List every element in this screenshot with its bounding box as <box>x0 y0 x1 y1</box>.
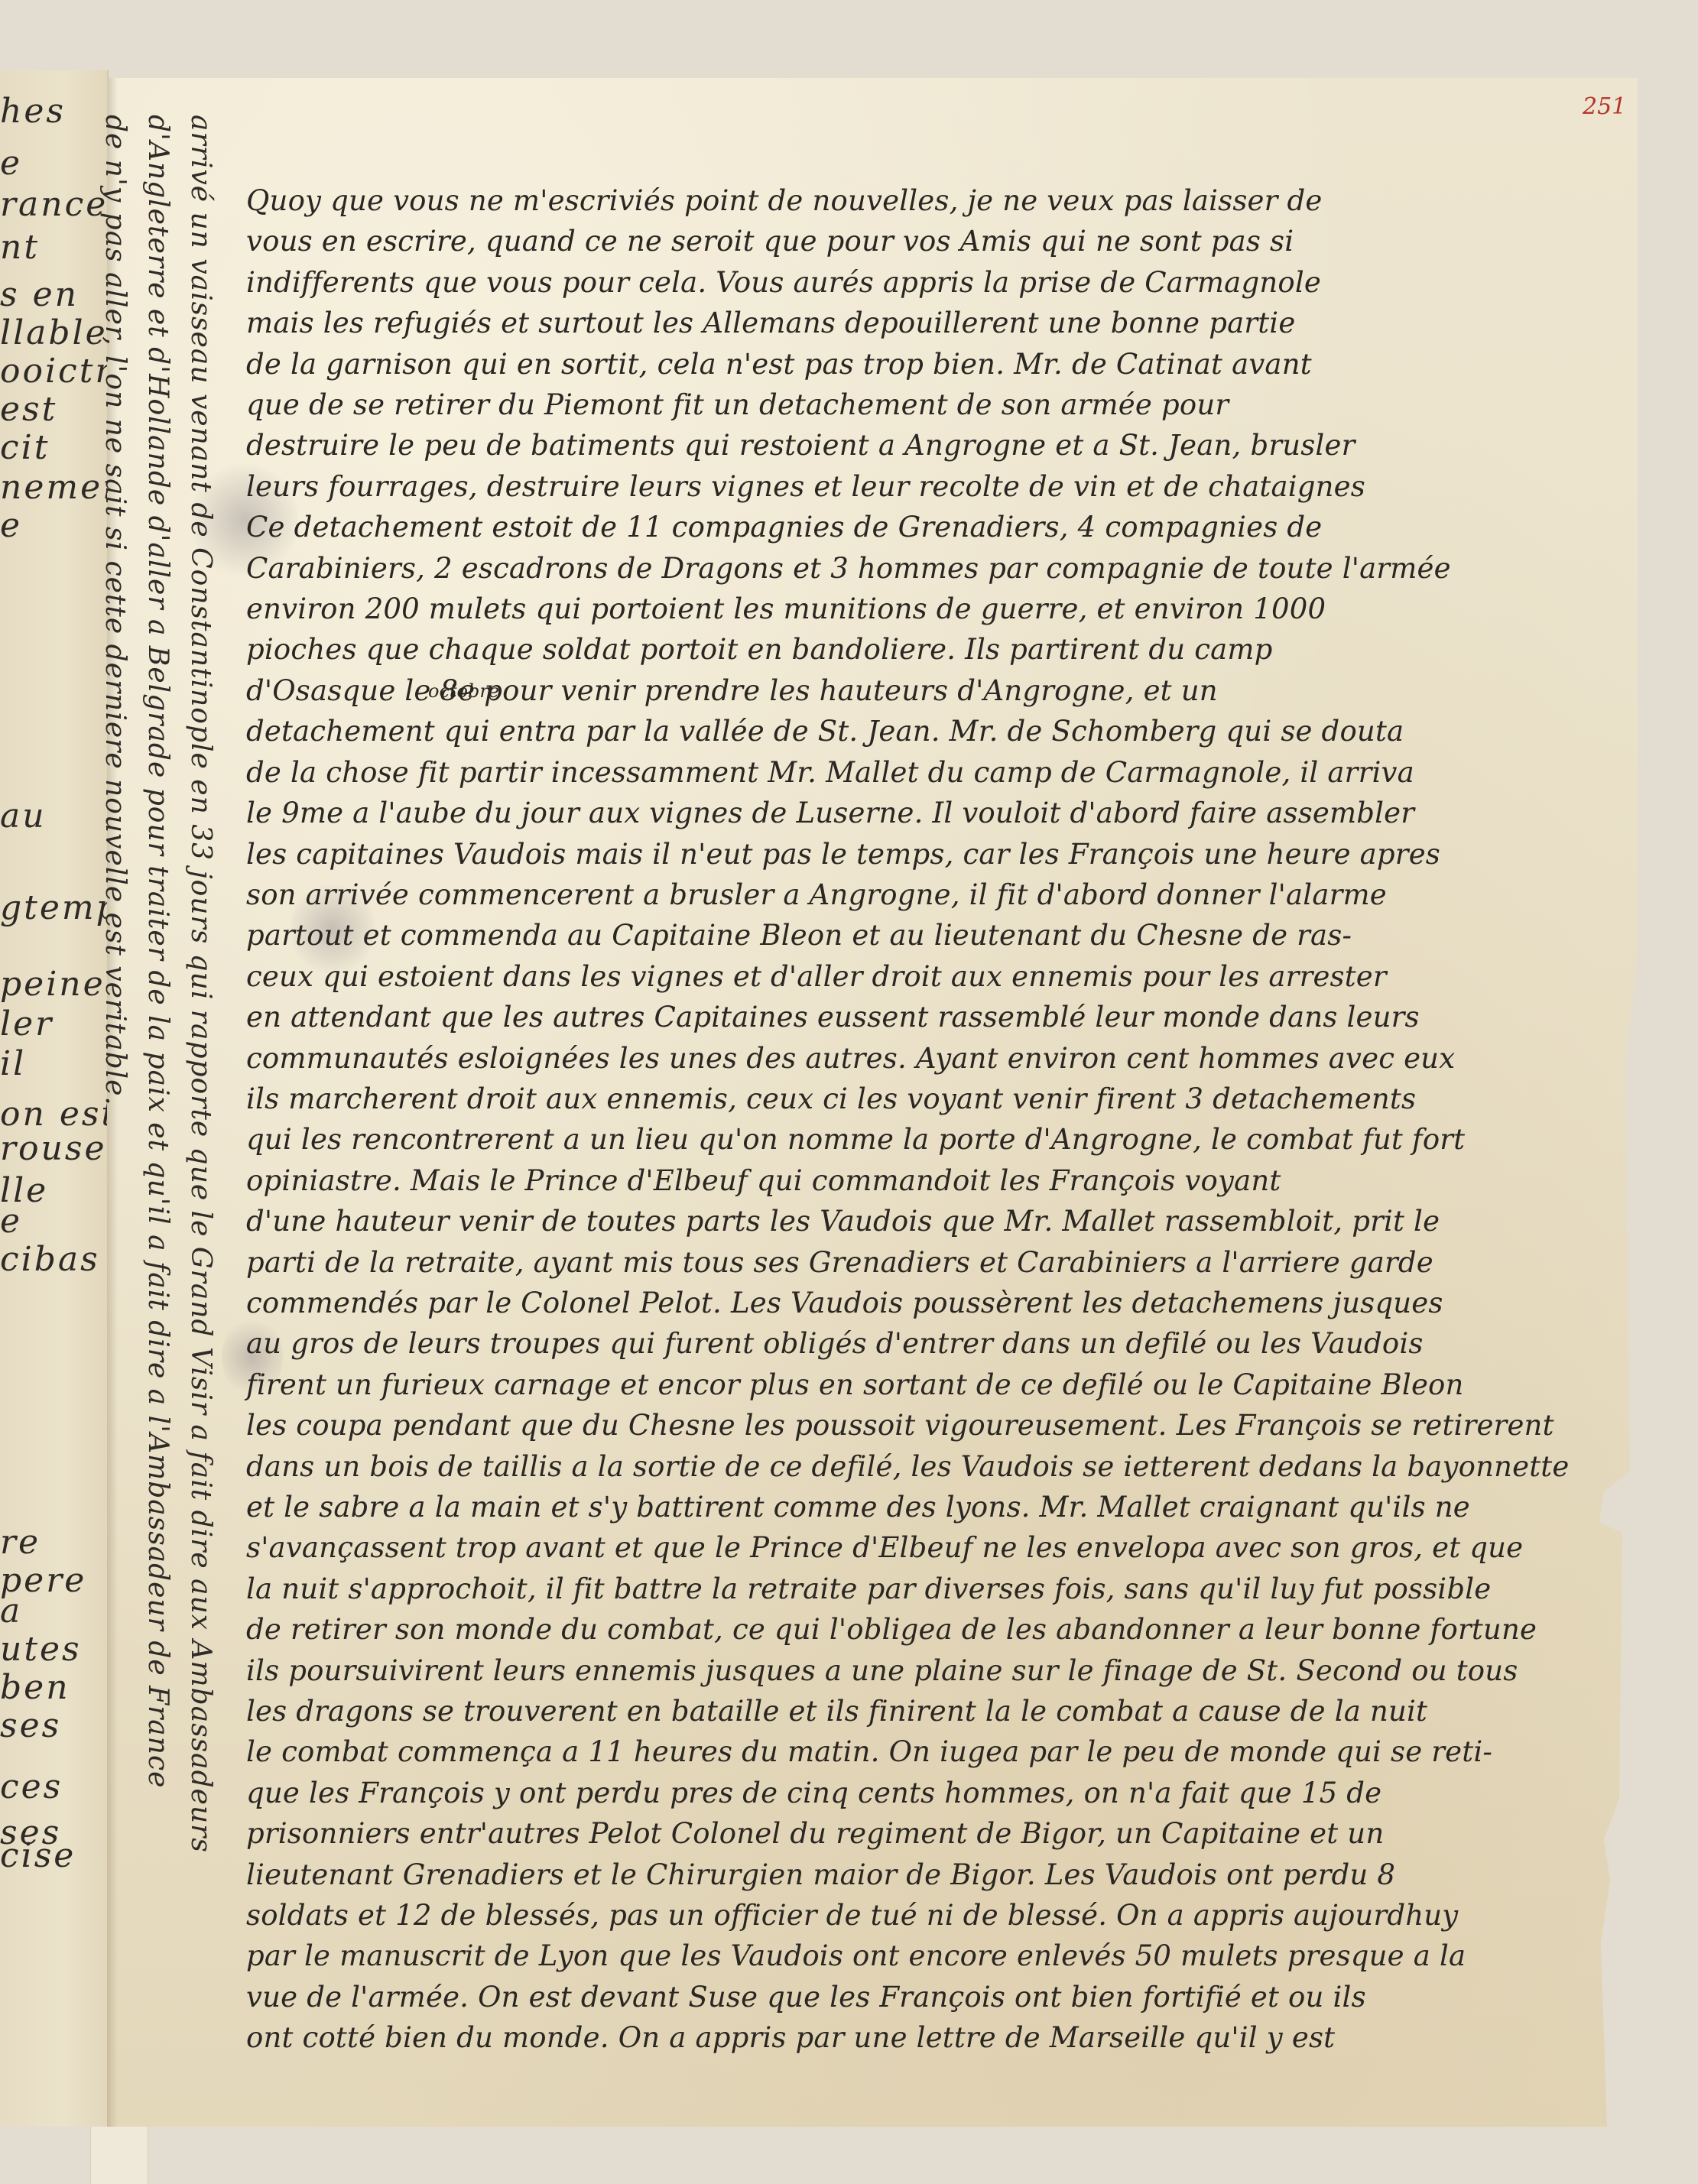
fragment: ses <box>0 1706 61 1745</box>
fragment: hes <box>0 92 66 131</box>
letter-line: firent un furieux carnage et encor plus … <box>246 1365 1638 1405</box>
fragment: utes <box>0 1630 82 1669</box>
letter-line: que de se retirer du Piemont fit un deta… <box>246 385 1638 425</box>
letter-line: partout et commenda au Capitaine Bleon e… <box>246 915 1638 956</box>
letter-line: son arrivée commencerent a brusler a Ang… <box>246 875 1638 915</box>
letter-line: communautés esloignées les unes des autr… <box>246 1038 1638 1079</box>
letter-line: les coupa pendant que du Chesne les pous… <box>246 1405 1638 1446</box>
letter-line: de retirer son monde du combat, ce qui l… <box>246 1609 1638 1650</box>
fragment: e <box>0 144 22 183</box>
letter-line: qui les rencontrerent a un lieu qu'on no… <box>246 1119 1638 1160</box>
letter-line: de la garnison qui en sortit, cela n'est… <box>246 344 1638 385</box>
letter-line: les dragons se trouverent en bataille et… <box>246 1691 1638 1731</box>
letter-line: ont cotté bien du monde. On a appris par… <box>246 2017 1638 2058</box>
interlinear-insertion: octobre <box>428 680 499 702</box>
letter-line: parti de la retraite, ayant mis tous ses… <box>246 1242 1638 1283</box>
letter-line: d'une hauteur venir de toutes parts les … <box>246 1201 1638 1241</box>
letter-line: en attendant que les autres Capitaines e… <box>246 997 1638 1037</box>
fragment: nt <box>0 228 40 267</box>
letter-line: detachement qui entra par la vallée de S… <box>246 711 1638 751</box>
marginal-note-line: arrivé un vaisseau venant de Constantino… <box>179 115 222 2102</box>
letter-line: vous en escrire, quand ce ne seroit que … <box>246 221 1638 261</box>
letter-line: vue de l'armée. On est devant Suse que l… <box>246 1977 1638 2017</box>
fragment: ler <box>0 1004 54 1043</box>
fragment: s en <box>0 275 79 314</box>
fragment: rouse <box>0 1129 106 1168</box>
letter-line: de la chose fit partir incessamment Mr. … <box>246 752 1638 793</box>
fragment: e <box>0 506 22 545</box>
fragment: au <box>0 797 47 836</box>
fragment: e <box>0 1202 22 1241</box>
letter-line: commendés par le Colonel Pelot. Les Vaud… <box>246 1283 1638 1323</box>
letter-line: Carabiniers, 2 escadrons de Dragons et 3… <box>246 548 1638 589</box>
letter-line: que les François y ont perdu pres de cin… <box>246 1773 1638 1813</box>
letter-line: pioches que chaque soldat portoit en ban… <box>246 629 1638 670</box>
letter-line: s'avançassent trop avant et que le Princ… <box>246 1527 1638 1568</box>
letter-line: Quoy que vous ne m'escriviés point de no… <box>246 180 1638 221</box>
marginal-note: arrivé un vaisseau venant de Constantino… <box>93 115 222 2102</box>
letter-line: ils marcherent droit aux ennemis, ceux c… <box>246 1079 1638 1119</box>
letter-line: par le manuscrit de Lyon que les Vaudois… <box>246 1936 1638 1976</box>
mount-paper-strip <box>90 2125 148 2184</box>
fragment: a <box>0 1592 22 1631</box>
fragment: cit <box>0 428 50 467</box>
letter-line: indifferents que vous pour cela. Vous au… <box>246 262 1638 303</box>
letter-line: mais les refugiés et surtout les Alleman… <box>246 303 1638 343</box>
fragment: re <box>0 1523 41 1562</box>
letter-line: soldats et 12 de blessés, pas un officie… <box>246 1895 1638 1936</box>
letter-line: leurs fourrages, destruire leurs vignes … <box>246 466 1638 507</box>
marginal-note-line: d'Angleterre et d'Hollande d'aller a Bel… <box>136 115 179 2102</box>
fragment: il <box>0 1044 26 1083</box>
folio-number: 251 <box>1583 93 1626 120</box>
letter-line: opiniastre. Mais le Prince d'Elbeuf qui … <box>246 1160 1638 1201</box>
fragment: cise <box>0 1836 76 1875</box>
fragment: ces <box>0 1767 63 1806</box>
letter-line: prisonniers entr'autres Pelot Colonel du… <box>246 1813 1638 1854</box>
letter-line: Ce detachement estoit de 11 compagnies d… <box>246 507 1638 547</box>
letter-body: Quoy que vous ne m'escriviés point de no… <box>246 180 1638 2059</box>
letter-line: le combat commença a 11 heures du matin.… <box>246 1731 1638 1772</box>
letter-line: destruire le peu de batiments qui restoi… <box>246 425 1638 466</box>
letter-line: les capitaines Vaudois mais il n'eut pas… <box>246 834 1638 875</box>
fragment: peine <box>0 965 106 1004</box>
letter-line: environ 200 mulets qui portoient les mun… <box>246 589 1638 629</box>
letter-line: la nuit s'approchoit, il fit battre la r… <box>246 1569 1638 1609</box>
fragment: cibas <box>0 1240 100 1279</box>
letter-line: dans un bois de taillis a la sortie de c… <box>246 1446 1638 1487</box>
letter-line: ceux qui estoient dans les vignes et d'a… <box>246 956 1638 997</box>
letter-line: et le sabre a la main et s'y battirent c… <box>246 1487 1638 1527</box>
previous-leaf: hes e rances nt s en llables ooictra est… <box>0 70 109 2127</box>
letter-line: lieutenant Grenadiers et le Chirurgien m… <box>246 1855 1638 1895</box>
previous-leaf-text: hes e rances nt s en llables ooictra est… <box>0 70 107 2127</box>
letter-line: au gros de leurs troupes qui furent obli… <box>246 1323 1638 1364</box>
marginal-note-line: de n'y pas aller, l'on ne sait si cette … <box>93 115 136 2102</box>
fragment: ben <box>0 1668 70 1707</box>
letter-line: ils poursuivirent leurs ennemis jusques … <box>246 1650 1638 1691</box>
letter-line: le 9me a l'aube du jour aux vignes de Lu… <box>246 793 1638 833</box>
fragment: est <box>0 390 57 429</box>
